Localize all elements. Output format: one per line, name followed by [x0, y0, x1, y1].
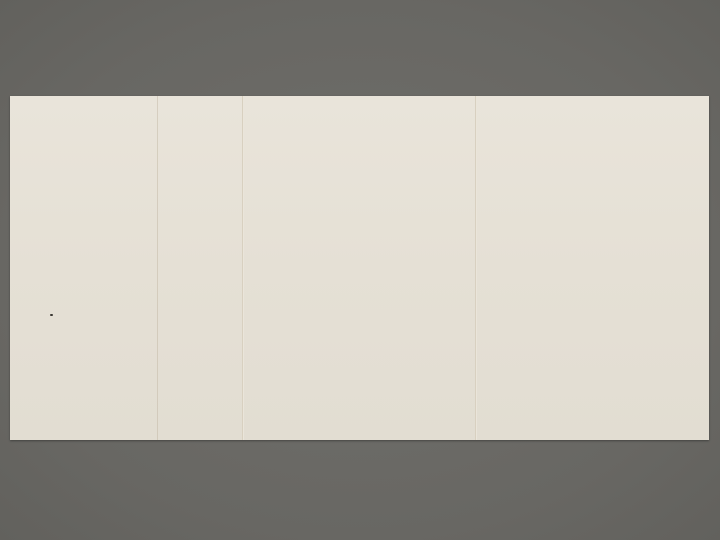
speck-mark	[50, 314, 53, 316]
seam-left-center	[242, 96, 244, 440]
left-panel	[10, 96, 243, 440]
left-fold-line	[157, 96, 158, 440]
right-panel	[476, 96, 709, 440]
seam-center-right	[475, 96, 477, 440]
center-panel	[243, 96, 476, 440]
triptych-paper	[10, 96, 709, 440]
